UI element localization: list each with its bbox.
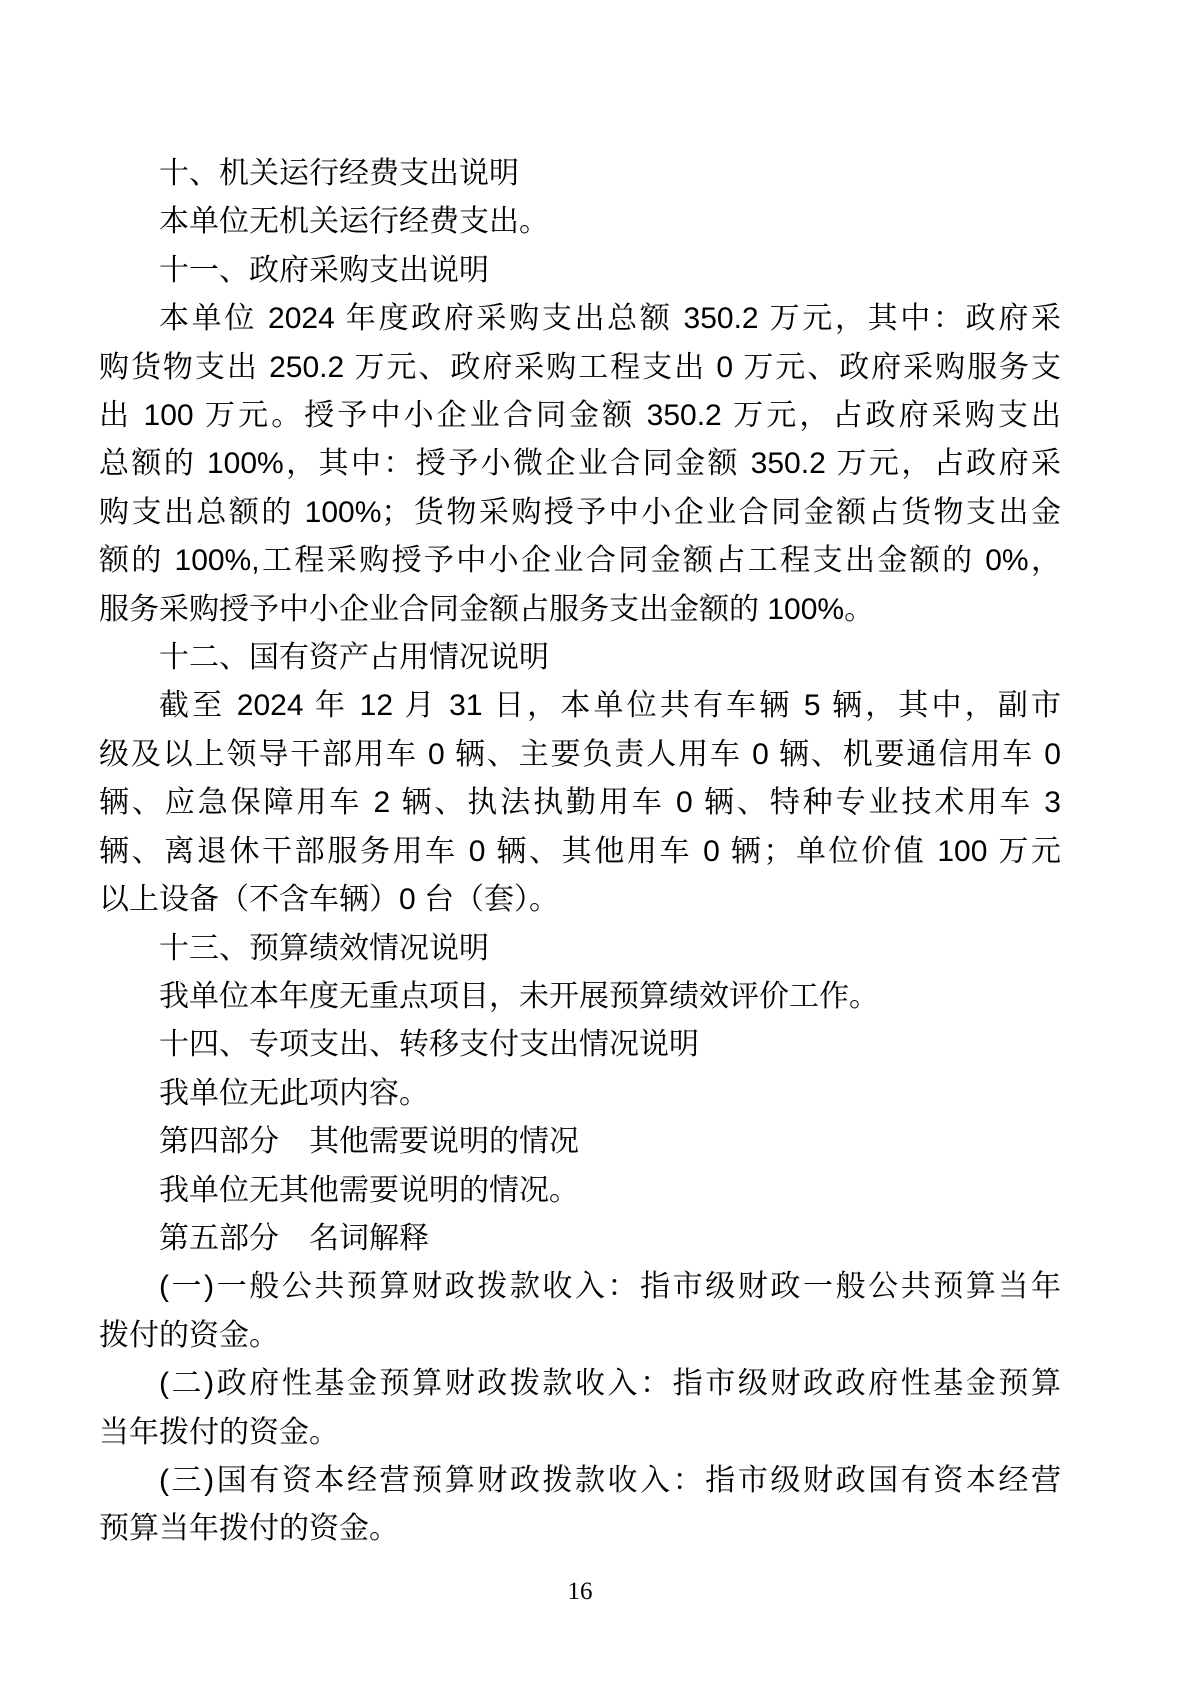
- section-heading: 十一、政府采购支出说明: [99, 247, 1061, 295]
- section-heading: 十四、专项支出、转移支付支出情况说明: [99, 1021, 1061, 1069]
- body-line: 预算当年拨付的资金。: [99, 1505, 1061, 1553]
- body-line: 辆、应急保障用车 2 辆、执法执勤用车 0 辆、特种专业技术用车 3: [99, 779, 1061, 827]
- document-page: 十、机关运行经费支出说明 本单位无机关运行经费支出。 十一、政府采购支出说明 本…: [0, 0, 1200, 1697]
- body-line: 辆、离退休干部服务用车 0 辆、其他用车 0 辆；单位价值 100 万元: [99, 828, 1061, 876]
- section-heading: 十三、预算绩效情况说明: [99, 925, 1061, 973]
- body-line: (三)国有资本经营预算财政拨款收入：指市级财政国有资本经营: [99, 1457, 1061, 1505]
- body-line: (一)一般公共预算财政拨款收入：指市级财政一般公共预算当年: [99, 1263, 1061, 1311]
- section-heading: 十二、国有资产占用情况说明: [99, 634, 1061, 682]
- body-line: 我单位无此项内容。: [99, 1070, 1061, 1118]
- part-heading: 第五部分 名词解释: [99, 1215, 1061, 1263]
- page-number: 16: [99, 1574, 1061, 1610]
- body-line: 我单位本年度无重点项目，未开展预算绩效评价工作。: [99, 973, 1061, 1021]
- document-text-block: 十、机关运行经费支出说明 本单位无机关运行经费支出。 十一、政府采购支出说明 本…: [99, 150, 1061, 1554]
- body-line: (二)政府性基金预算财政拨款收入：指市级财政政府性基金预算: [99, 1360, 1061, 1408]
- body-line: 服务采购授予中小企业合同金额占服务支出金额的 100%。: [99, 586, 1061, 634]
- body-line: 本单位无机关运行经费支出。: [99, 198, 1061, 246]
- body-line: 级及以上领导干部用车 0 辆、主要负责人用车 0 辆、机要通信用车 0: [99, 731, 1061, 779]
- body-line: 购支出总额的 100%；货物采购授予中小企业合同金额占货物支出金: [99, 489, 1061, 537]
- body-line: 额的 100%,工程采购授予中小企业合同金额占工程支出金额的 0%，: [99, 537, 1061, 585]
- body-line: 当年拨付的资金。: [99, 1409, 1061, 1457]
- section-heading: 十、机关运行经费支出说明: [99, 150, 1061, 198]
- body-line: 拨付的资金。: [99, 1312, 1061, 1360]
- body-line: 我单位无其他需要说明的情况。: [99, 1167, 1061, 1215]
- body-line: 购货物支出 250.2 万元、政府采购工程支出 0 万元、政府采购服务支: [99, 344, 1061, 392]
- body-line: 本单位 2024 年度政府采购支出总额 350.2 万元，其中：政府采: [99, 295, 1061, 343]
- body-line: 总额的 100%，其中：授予小微企业合同金额 350.2 万元，占政府采: [99, 440, 1061, 488]
- part-heading: 第四部分 其他需要说明的情况: [99, 1118, 1061, 1166]
- body-line: 截至 2024 年 12 月 31 日，本单位共有车辆 5 辆，其中，副市: [99, 682, 1061, 730]
- body-line: 出 100 万元。授予中小企业合同金额 350.2 万元，占政府采购支出: [99, 392, 1061, 440]
- body-line: 以上设备（不含车辆）0 台（套）。: [99, 876, 1061, 924]
